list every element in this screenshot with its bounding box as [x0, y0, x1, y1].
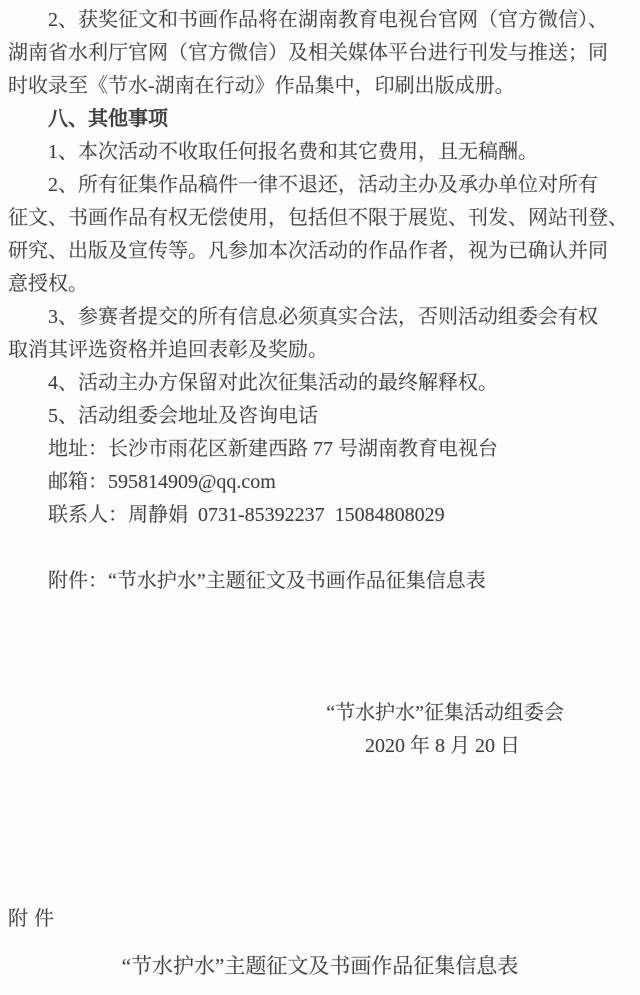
section-heading-other-matters: 八、其他事项 — [8, 103, 632, 136]
item-committee-contact-heading: 5、活动组委会地址及咨询电话 — [8, 400, 632, 433]
contact-email: 邮箱：595814909@qq.com — [8, 466, 632, 499]
appendix-table-title: “节水护水”主题征文及书画作品征集信息表 — [8, 949, 632, 983]
contact-address: 地址：长沙市雨花区新建西路 77 号湖南教育电视台 — [8, 433, 632, 466]
item-truthful-information: 3、参赛者提交的所有信息必须真实合法，否则活动组委会有权 取消其评选资格并追回表… — [8, 301, 632, 367]
appendix-label: 附件 — [8, 903, 632, 936]
document-page: 2、获奖征文和书画作品将在湖南教育电视台官网（官方微信）、 湖南省水利厅官网（官… — [0, 0, 640, 995]
paragraph-publishing: 2、获奖征文和书画作品将在湖南教育电视台官网（官方微信）、 湖南省水利厅官网（官… — [8, 4, 632, 103]
signature-date: 2020 年 8 月 20 日 — [8, 730, 632, 763]
attachment-note: 附件：“节水护水”主题征文及书画作品征集信息表 — [8, 565, 632, 598]
item-no-fees: 1、本次活动不收取任何报名费和其它费用，且无稿酬。 — [8, 136, 632, 169]
signature-organization: “节水护水”征集活动组委会 — [8, 697, 632, 730]
item-final-interpretation: 4、活动主办方保留对此次征集活动的最终解释权。 — [8, 367, 632, 400]
item-no-return-of-works: 2、所有征集作品稿件一律不退还，活动主办及承办单位对所有 征文、书画作品有权无偿… — [8, 169, 632, 301]
contact-person-phones: 联系人：周静娟 0731-85392237 15084808029 — [8, 499, 632, 532]
